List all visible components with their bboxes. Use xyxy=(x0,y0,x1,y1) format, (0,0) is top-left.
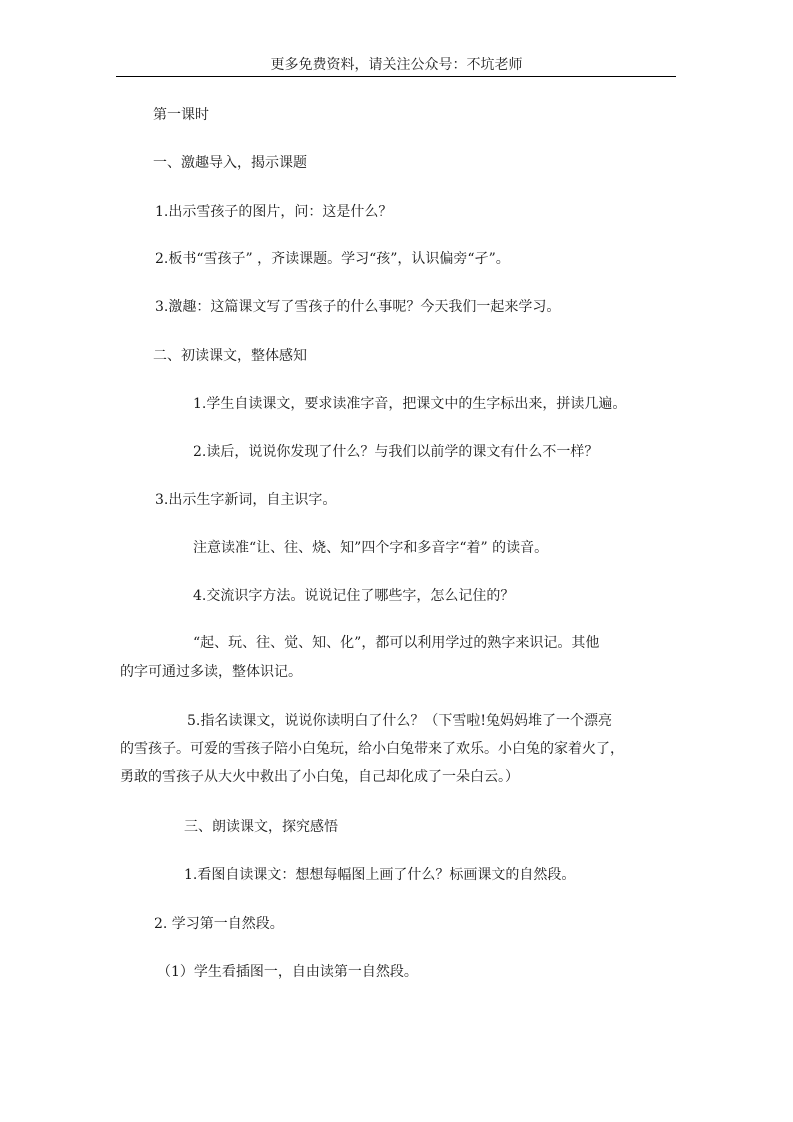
header-text: 更多免费资料，请关注公众号：不坑老师 xyxy=(118,56,675,74)
list-item: 1.出示雪孩子的图片，问：这是什么？ xyxy=(155,203,392,221)
section-heading-2: 二、初读课文，整体感知 xyxy=(153,347,307,365)
list-item: 1.学生自读课文，要求读准字音，把课文中的生字标出来，拼读几遍。 xyxy=(193,395,626,413)
list-item: 注意读准“让、往、烧、知”四个字和多音字“着” 的读音。 xyxy=(193,539,548,557)
list-item: 4.交流识字方法。说说记住了哪些字，怎么记住的？ xyxy=(193,587,514,605)
list-item: （1）学生看插图一，自由读第一自然段。 xyxy=(157,963,418,981)
paragraph-line: 5.指名读课文，说说你读明白了什么？（下雪啦!兔妈妈堆了一个漂亮 xyxy=(187,712,612,730)
lesson-title: 第一课时 xyxy=(153,106,209,124)
paragraph-line: “起、玩、往、觉、知、化”，都可以利用学过的熟字来识记。其他 xyxy=(193,634,599,652)
paragraph-line: 勇敢的雪孩子从大火中救出了小白兔，自己却化成了一朵白云。） xyxy=(120,768,519,786)
list-item: 2.读后，说说你发现了什么？与我们以前学的课文有什么不一样？ xyxy=(193,443,598,461)
list-item: 3.激趣：这篇课文写了雪孩子的什么事呢？今天我们一起来学习。 xyxy=(155,298,560,316)
header-divider xyxy=(116,76,676,77)
section-heading-3: 三、朗读课文，探究感悟 xyxy=(184,818,338,836)
section-heading-1: 一、激趣导入，揭示课题 xyxy=(153,154,307,172)
list-item: 3.出示生字新词，自主识字。 xyxy=(155,491,336,509)
paragraph-line: 的字可通过多读，整体识记。 xyxy=(120,663,302,681)
list-item: 2.板书“雪孩子” ，齐读课题。学习“孩”，认识偏旁“孑”。 xyxy=(155,250,510,268)
list-item: 2. 学习第一自然段。 xyxy=(154,915,284,933)
list-item: 1.看图自读课文：想想每幅图上画了什么？标画课文的自然段。 xyxy=(184,866,575,884)
paragraph-line: 的雪孩子。可爱的雪孩子陪小白兔玩，给小白兔带来了欢乐。小白兔的家着火了， xyxy=(120,740,624,758)
